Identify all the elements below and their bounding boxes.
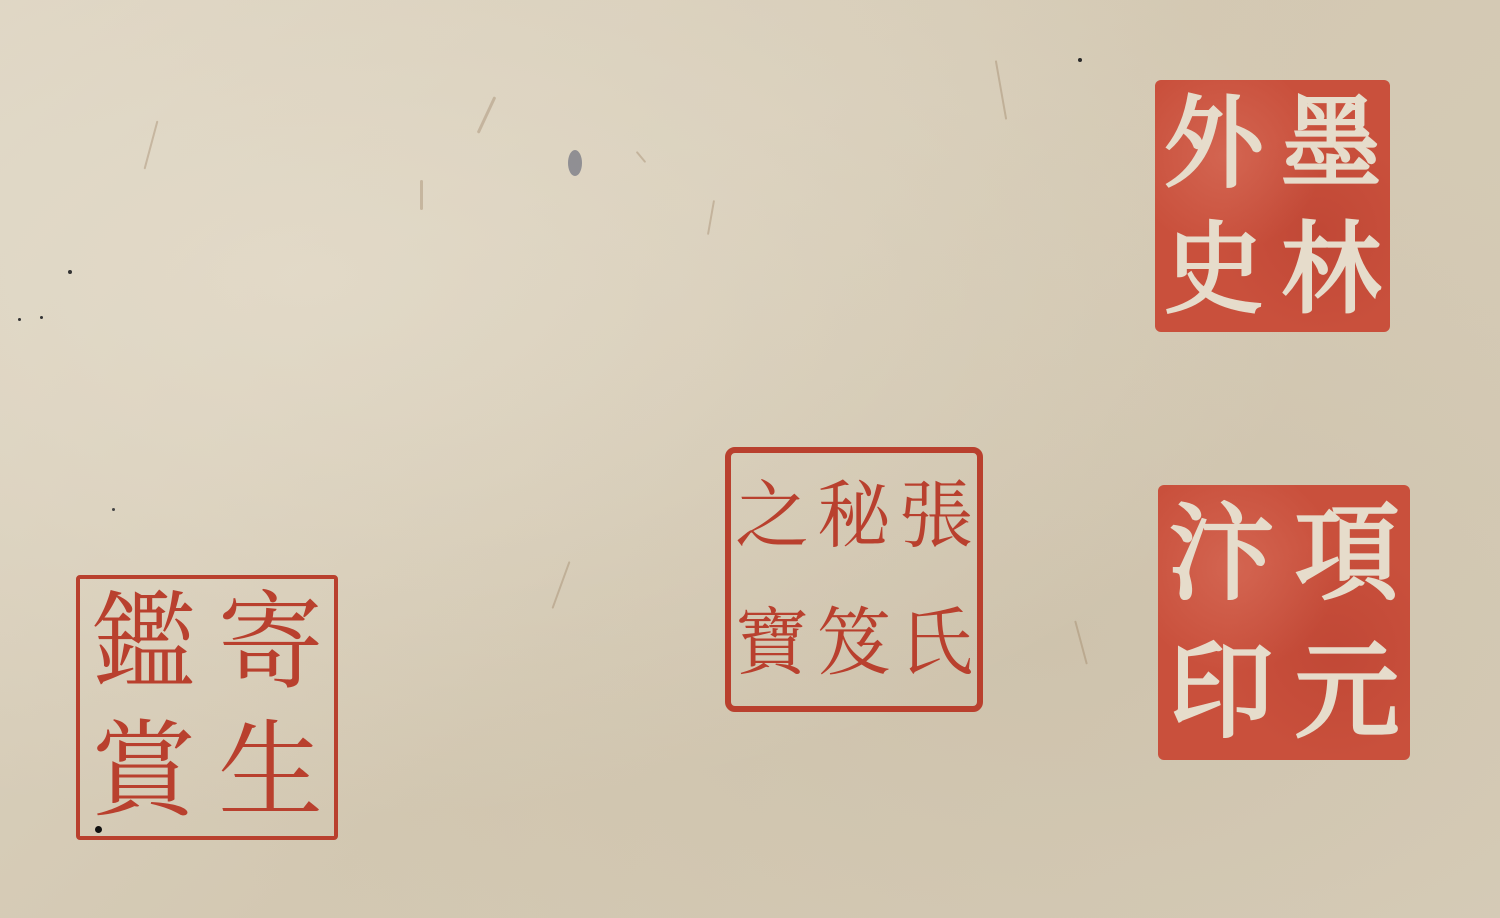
paper-fiber [707,200,715,235]
speck [40,316,43,319]
paper-fiber [636,151,647,163]
seal-center: 張 氏 秘 笈 之 寶 [725,447,983,712]
seal-character: 張 [895,453,977,580]
seal-character: 汴 [1158,485,1284,623]
paper-background: 墨 林 外 史 張 氏 秘 笈 之 寶 項 元 汴 印 寄 生 鑑 賞 [0,0,1500,918]
speck [68,270,72,274]
seal-character: 賞 [80,708,207,837]
speck [18,318,21,321]
seal-character: 林 [1273,206,1391,332]
seal-character: 鑑 [80,579,207,708]
paper-fiber [995,60,1007,119]
speck [112,508,115,511]
seal-character: 氏 [895,580,977,707]
paper-fiber [1074,621,1088,665]
paper-fiber [477,96,497,134]
seal-character: 墨 [1273,80,1391,206]
paper-fiber [552,561,571,609]
speck [1078,58,1082,62]
seal-character: 生 [207,708,334,837]
seal-character: 秘 [813,453,895,580]
seal-character: 之 [731,453,813,580]
seal-character: 外 [1155,80,1273,206]
seal-character: 寶 [731,580,813,707]
paper-fiber [420,180,423,210]
seal-bottom-right: 項 元 汴 印 [1158,485,1410,760]
seal-character: 寄 [207,579,334,708]
seal-top-right: 墨 林 外 史 [1155,80,1390,332]
paper-fiber [144,121,159,170]
seal-character: 元 [1284,623,1410,761]
seal-character: 項 [1284,485,1410,623]
seal-character: 笈 [813,580,895,707]
seal-bottom-left: 寄 生 鑑 賞 [76,575,338,840]
ink-spot [568,150,582,176]
seal-character: 印 [1158,623,1284,761]
seal-character: 史 [1155,206,1273,332]
